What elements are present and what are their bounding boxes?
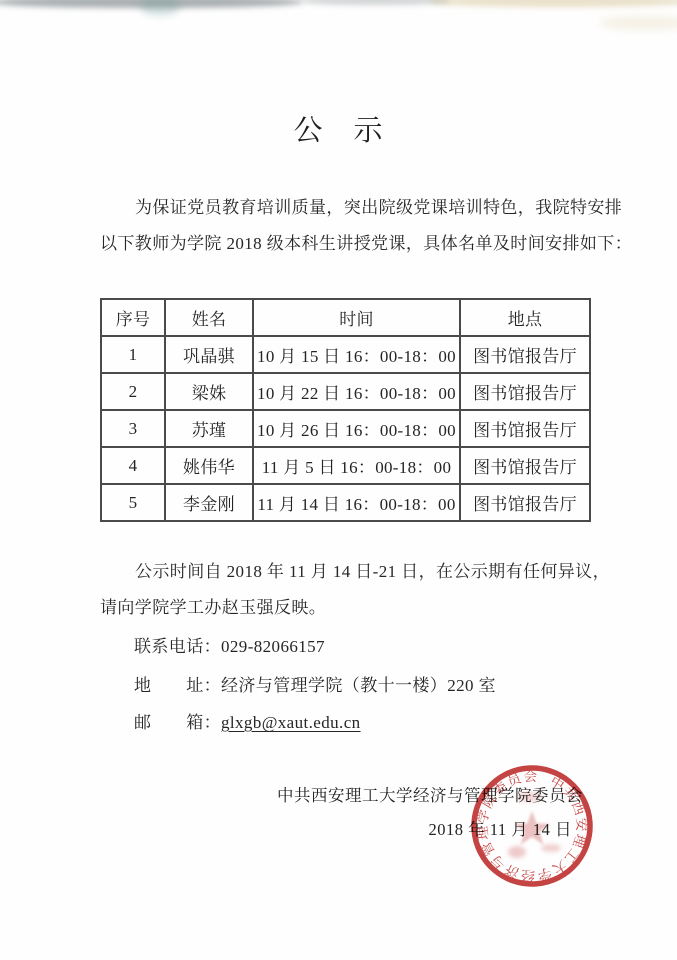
table-row: 2 梁姝 10 月 22 日 16：00-18：00 图书馆报告厅 — [101, 373, 590, 410]
notice-period-paragraph: 公示时间自 2018 年 11 月 14 日-21 日，在公示期有任何异议， 请… — [100, 554, 586, 626]
cell-seq: 3 — [101, 410, 165, 447]
cell-name: 巩晶骐 — [165, 336, 253, 373]
phone-label: 联系电话： — [134, 637, 221, 656]
cell-seq: 1 — [101, 336, 165, 373]
contact-email-line: 邮 箱：glxgb@xaut.edu.cn — [134, 708, 361, 733]
scan-edge-smudge — [600, 16, 677, 30]
cell-time: 10 月 15 日 16：00-18：00 — [253, 336, 460, 373]
period-line: 请向学院学工办赵玉强反映。 — [100, 590, 586, 626]
email-value: glxgb@xaut.edu.cn — [221, 713, 361, 732]
table-row: 5 李金刚 11 月 14 日 16：00-18：00 图书馆报告厅 — [101, 484, 590, 521]
scan-edge-smudge — [0, 0, 302, 8]
phone-number: 029-82066157 — [221, 637, 325, 656]
cell-time: 11 月 14 日 16：00-18：00 — [253, 484, 460, 521]
schedule-table: 序号 姓名 时间 地点 1 巩晶骐 10 月 15 日 16：00-18：00 … — [100, 298, 591, 522]
scan-edge-smudge — [300, 0, 450, 5]
intro-line: 以下教师为学院 2018 级本科生讲授党课，具体名单及时间安排如下： — [100, 226, 586, 262]
period-line: 公示时间自 2018 年 11 月 14 日-21 日，在公示期有任何异议， — [100, 554, 586, 590]
intro-line: 为保证党员教育培训质量，突出院级党课培训特色，我院特安排 — [100, 190, 586, 226]
address-value: 经济与管理学院（教十一楼）220 室 — [221, 676, 496, 695]
scan-edge-smudge — [140, 0, 180, 15]
header-cell-seq: 序号 — [101, 299, 165, 336]
cell-seq: 4 — [101, 447, 165, 484]
cell-time: 11 月 5 日 16：00-18：00 — [253, 447, 460, 484]
cell-seq: 5 — [101, 484, 165, 521]
intro-paragraph: 为保证党员教育培训质量，突出院级党课培训特色，我院特安排 以下教师为学院 201… — [100, 190, 586, 262]
cell-name: 李金刚 — [165, 484, 253, 521]
header-cell-place: 地点 — [460, 299, 590, 336]
cell-name: 苏瑾 — [165, 410, 253, 447]
contact-address-line: 地 址：经济与管理学院（教十一楼）220 室 — [134, 671, 496, 696]
cell-place: 图书馆报告厅 — [460, 373, 590, 410]
email-label: 邮 箱： — [134, 713, 221, 732]
notice-title: 公 示 — [0, 108, 677, 149]
contact-phone-line: 联系电话：029-82066157 — [134, 632, 325, 657]
header-cell-name: 姓名 — [165, 299, 253, 336]
table-row: 1 巩晶骐 10 月 15 日 16：00-18：00 图书馆报告厅 — [101, 336, 590, 373]
cell-time: 10 月 26 日 16：00-18：00 — [253, 410, 460, 447]
cell-place: 图书馆报告厅 — [460, 410, 590, 447]
cell-name: 梁姝 — [165, 373, 253, 410]
address-label: 地 址： — [134, 676, 221, 695]
scanned-notice-document: 公 示 为保证党员教育培训质量，突出院级党课培训特色，我院特安排 以下教师为学院… — [0, 0, 677, 960]
cell-place: 图书馆报告厅 — [460, 336, 590, 373]
cell-place: 图书馆报告厅 — [460, 447, 590, 484]
cell-seq: 2 — [101, 373, 165, 410]
scan-edge-smudge — [430, 0, 677, 7]
header-cell-time: 时间 — [253, 299, 460, 336]
cell-name: 姚伟华 — [165, 447, 253, 484]
table-row: 3 苏瑾 10 月 26 日 16：00-18：00 图书馆报告厅 — [101, 410, 590, 447]
cell-time: 10 月 22 日 16：00-18：00 — [253, 373, 460, 410]
table-header-row: 序号 姓名 时间 地点 — [101, 299, 590, 336]
table-row: 4 姚伟华 11 月 5 日 16：00-18：00 图书馆报告厅 — [101, 447, 590, 484]
cell-place: 图书馆报告厅 — [460, 484, 590, 521]
signature-date: 2018 年 11 月 14 日 — [428, 816, 572, 840]
signature-committee: 中共西安理工大学经济与管理学院委员会 — [277, 782, 583, 806]
